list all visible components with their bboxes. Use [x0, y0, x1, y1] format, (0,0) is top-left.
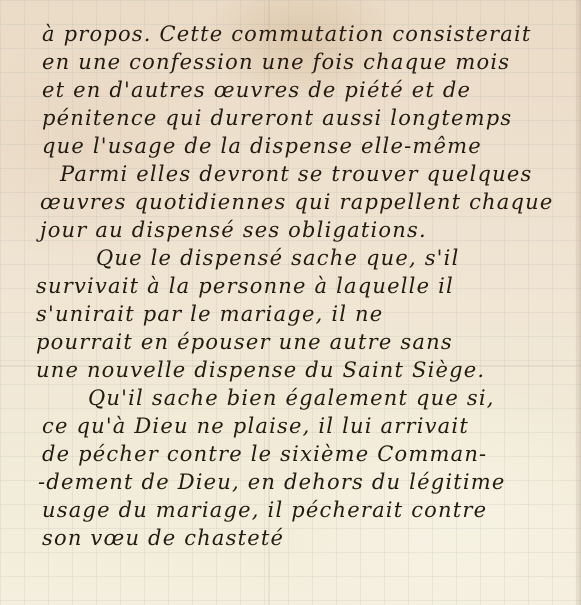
letter-line: et en d'autres œuvres de piété et de — [42, 78, 471, 102]
letter-line: œuvres quotidiennes qui rappellent chaqu… — [40, 190, 554, 214]
letter-line: que l'usage de la dispense elle-même — [42, 134, 482, 158]
letter-body: à propos. Cette commutation consisterait… — [0, 0, 581, 605]
letter-line: pénitence qui dureront aussi longtemps — [42, 106, 512, 130]
letter-line: Que le dispensé sache que, s'il — [96, 246, 460, 270]
letter-line: -dement de Dieu, en dehors du légitime — [38, 470, 506, 494]
letter-line: ce qu'à Dieu ne plaise, il lui arrivait — [42, 414, 469, 438]
letter-page: à propos. Cette commutation consisterait… — [0, 0, 581, 605]
letter-line: Parmi elles devront se trouver quelques — [60, 162, 532, 186]
letter-line: usage du mariage, il pécherait contre — [42, 498, 487, 522]
letter-line: jour au dispensé ses obligations. — [40, 218, 427, 242]
letter-line: survivait à la personne à laquelle il — [36, 274, 454, 298]
letter-line: à propos. Cette commutation consisterait — [42, 22, 532, 46]
letter-line: en une confession une fois chaque mois — [42, 50, 510, 74]
letter-line: pourrait en épouser une autre sans — [36, 330, 453, 354]
letter-line: son vœu de chasteté — [42, 526, 284, 550]
letter-line: une nouvelle dispense du Saint Siège. — [36, 358, 485, 382]
letter-line: de pécher contre le sixième Comman- — [42, 442, 487, 466]
letter-line: Qu'il sache bien également que si, — [88, 386, 495, 410]
letter-line: s'unirait par le mariage, il ne — [36, 302, 383, 326]
